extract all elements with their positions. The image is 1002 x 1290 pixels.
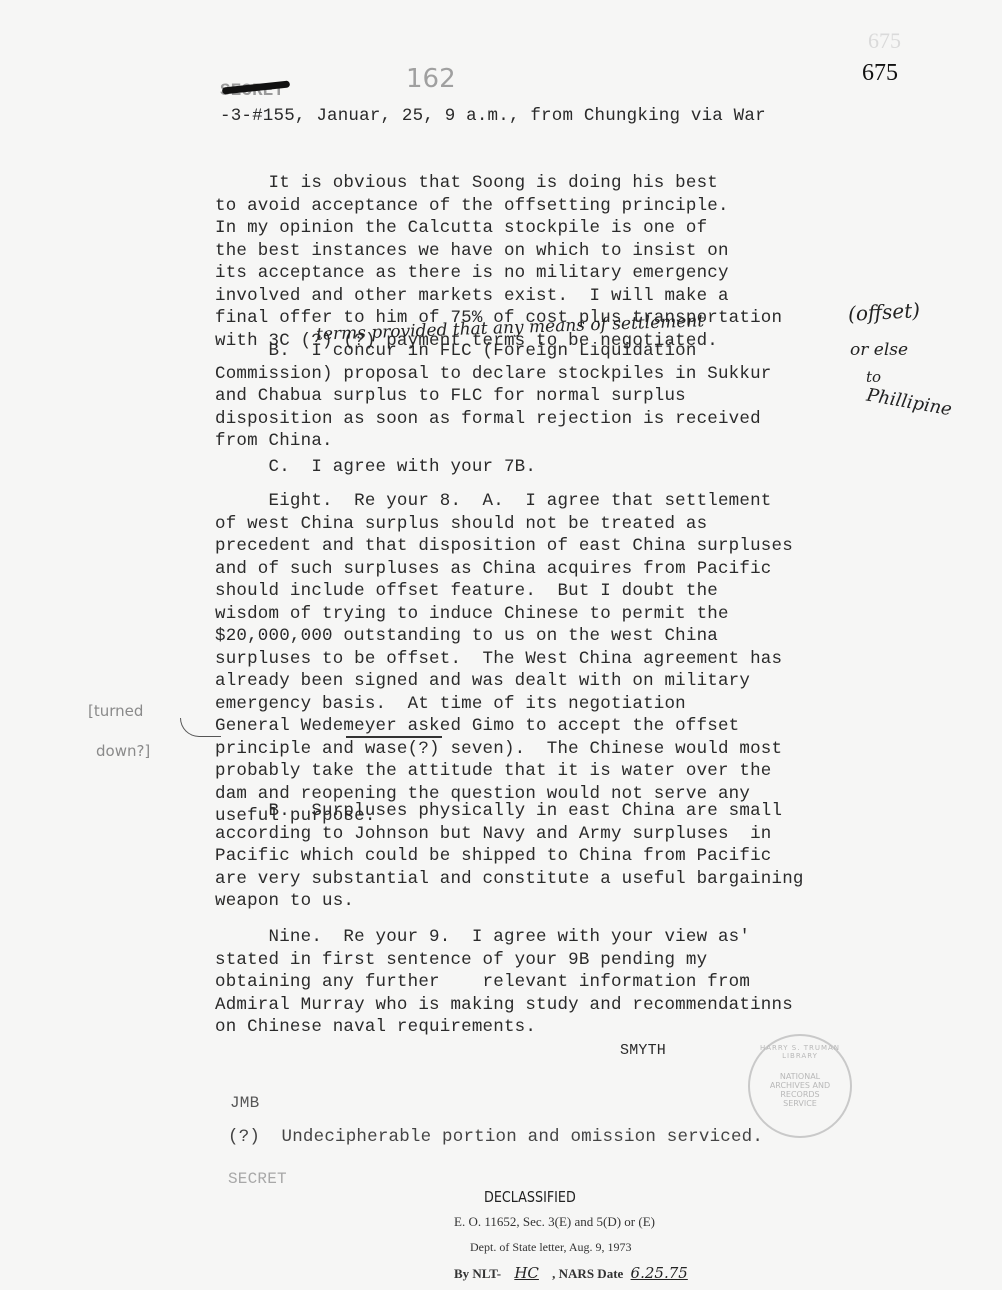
handwritten-margin-phillipine: Phillipine <box>865 385 954 421</box>
text-line: emergency basis. At time of its negotiat… <box>215 693 793 716</box>
paragraph-nine: Nine. Re your 9. I agree with your view … <box>215 926 793 1039</box>
text-line: obtaining any further relevant informati… <box>215 971 793 994</box>
paragraph-b-flc: B. I concur in FLC (Foreign Liquidation … <box>215 340 772 453</box>
initials: JMB <box>230 1092 259 1115</box>
text-line: the best instances we have on which to i… <box>215 240 782 263</box>
handwritten-margin-offset: (offset) <box>847 298 920 326</box>
pencil-margin-down: down?] <box>96 742 150 760</box>
archive-stamp: HARRY S. TRUMAN LIBRARY NATIONAL ARCHIVE… <box>748 1034 852 1138</box>
text-line: General Wedemeyer asked Gimo to accept t… <box>215 715 793 738</box>
stamp-line: SERVICE <box>750 1099 850 1108</box>
by-initials: HC <box>504 1264 549 1282</box>
text-line: stated in first sentence of your 9B pend… <box>215 949 793 972</box>
text-line: and of such surpluses as China acquires … <box>215 558 793 581</box>
faint-page-number: 675 <box>868 28 901 54</box>
text-line: B. Surpluses physically in east China ar… <box>215 800 804 823</box>
handwritten-margin-or-else: or else <box>850 340 908 360</box>
text-line: already been signed and was dealt with o… <box>215 670 793 693</box>
text-line: weapon to us. <box>215 890 804 913</box>
page-number: 675 <box>862 60 898 87</box>
pencil-number: 162 <box>406 64 456 94</box>
text-line: should include offset feature. But I dou… <box>215 580 793 603</box>
text-line: Eight. Re your 8. A. I agree that settle… <box>215 490 793 513</box>
margin-pointer-line <box>180 718 221 737</box>
text-line: on Chinese naval requirements. <box>215 1016 793 1039</box>
by-label: By NLT- <box>454 1266 501 1281</box>
text-line: wisdom of trying to induce Chinese to pe… <box>215 603 793 626</box>
declassified-title: DECLASSIFIED <box>484 1188 576 1206</box>
text-line: principle and wase(?) seven). The Chines… <box>215 738 793 761</box>
text-line: precedent and that disposition of east C… <box>215 535 793 558</box>
text-line: according to Johnson but Navy and Army s… <box>215 823 804 846</box>
text-line: It is obvious that Soong is doing his be… <box>215 172 782 195</box>
stamp-line: ARCHIVES AND <box>750 1081 850 1090</box>
paragraph-eight: Eight. Re your 8. A. I agree that settle… <box>215 490 793 828</box>
text-line: surpluses to be offset. The West China a… <box>215 648 793 671</box>
text-line: Admiral Murray who is making study and r… <box>215 994 793 1017</box>
undecipherable-note: (?) Undecipherable portion and omission … <box>228 1126 763 1149</box>
text-line: and Chabua surplus to FLC for normal sur… <box>215 385 772 408</box>
footer-classification: SECRET <box>228 1168 287 1191</box>
text-line: Nine. Re your 9. I agree with your view … <box>215 926 793 949</box>
nars-label: , NARS Date <box>552 1266 623 1281</box>
message-header-line: -3-#155, Januar, 25, 9 a.m., from Chungk… <box>220 105 766 128</box>
underline-mark <box>346 736 442 738</box>
stamp-line: RECORDS <box>750 1090 850 1099</box>
text-line: Pacific which could be shipped to China … <box>215 845 804 868</box>
text-line: Commission) proposal to declare stockpil… <box>215 363 772 386</box>
paragraph-eight-b: B. Surpluses physically in east China ar… <box>215 800 804 913</box>
paragraph-c: C. I agree with your 7B. <box>215 456 536 479</box>
text-line: B. I concur in FLC (Foreign Liquidation <box>215 340 772 363</box>
text-line: $20,000,000 outstanding to us on the wes… <box>215 625 793 648</box>
text-line: probably take the attitude that it is wa… <box>215 760 793 783</box>
signature: SMYTH <box>620 1040 666 1063</box>
declassification-authority: E. O. 11652, Sec. 3(E) and 5(D) or (E) <box>454 1214 655 1230</box>
pencil-margin-turned: [turned <box>88 702 143 720</box>
text-line: to avoid acceptance of the offsetting pr… <box>215 195 782 218</box>
handwritten-margin-to: to <box>866 368 881 386</box>
declassification-by-line: By NLT- HC , NARS Date 6.25.75 <box>454 1264 688 1282</box>
text-line: its acceptance as there is no military e… <box>215 262 782 285</box>
text-line: of west China surplus should not be trea… <box>215 513 793 536</box>
text-line: from China. <box>215 430 772 453</box>
text-line: are very substantial and constitute a us… <box>215 868 804 891</box>
text-line: involved and other markets exist. I will… <box>215 285 782 308</box>
stamp-line: NATIONAL <box>750 1072 850 1081</box>
nars-date: 6.25.75 <box>627 1264 688 1282</box>
text-line: In my opinion the Calcutta stockpile is … <box>215 217 782 240</box>
declassification-letter: Dept. of State letter, Aug. 9, 1973 <box>470 1240 632 1255</box>
text-line: disposition as soon as formal rejection … <box>215 408 772 431</box>
stamp-ring-text: HARRY S. TRUMAN LIBRARY <box>750 1044 850 1060</box>
